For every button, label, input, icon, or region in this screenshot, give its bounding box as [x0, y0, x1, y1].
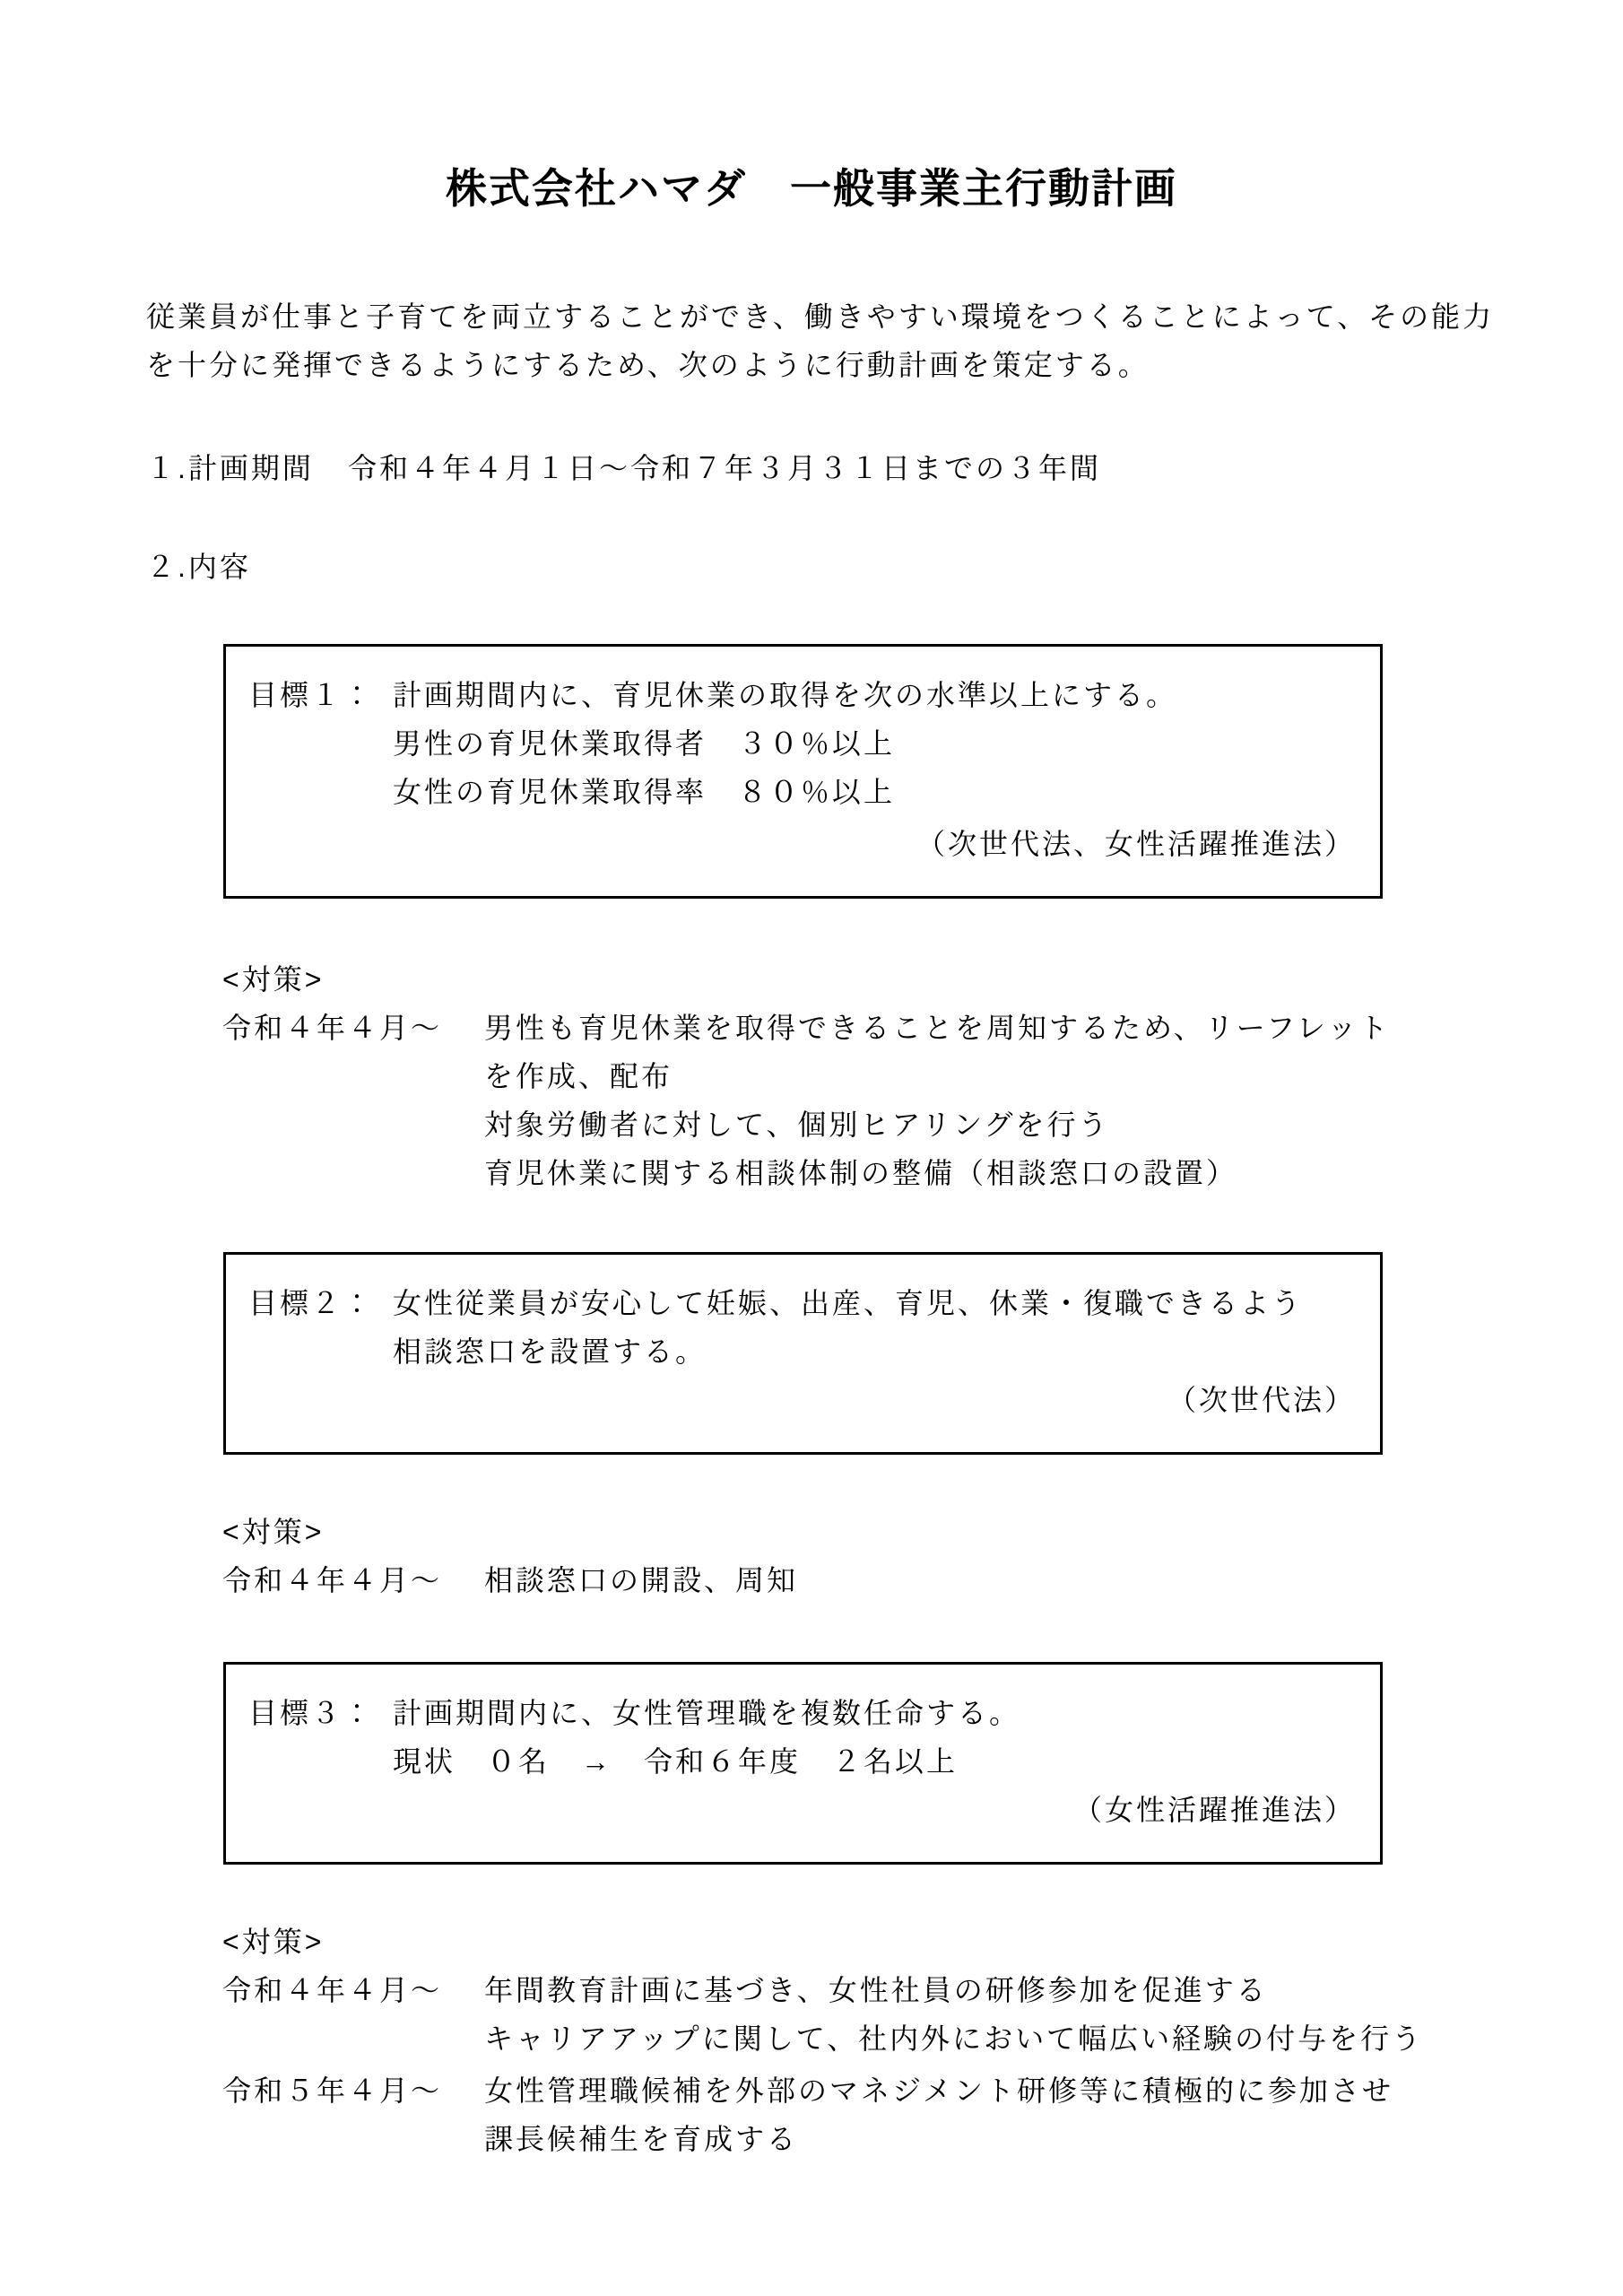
goal2-lines: 女性従業員が安心して妊娠、出産、育児、休業・復職できるよう 相談窓口を設置する。 — [393, 1279, 1356, 1376]
section-plan-period: １.計画期間 令和４年４月１日～令和７年３月３１日までの３年間 — [146, 444, 1101, 492]
measures1-line: 育児休業に関する相談体制の整備（相談窓口の設置） — [484, 1149, 1496, 1197]
measures3-entry2-lines: 女性管理職候補を外部のマネジメント研修等に積極的に参加させ 課長候補生を育成する — [484, 2066, 1496, 2163]
measures3-line: 女性管理職候補を外部のマネジメント研修等に積極的に参加させ — [484, 2066, 1496, 2115]
measures1-line: 男性も育児休業を取得できることを周知するため、リーフレット — [484, 1004, 1496, 1052]
goal2-law-note: （次世代法） — [248, 1376, 1356, 1424]
section-content: ２.内容 — [146, 543, 348, 591]
measures2-line: 相談窓口の開設、周知 — [484, 1556, 1496, 1605]
measures1-lines: 男性も育児休業を取得できることを周知するため、リーフレット を作成、配布 対象労… — [484, 1004, 1496, 1197]
goal3-lines: 計画期間内に、女性管理職を複数任命する。 現状 ０名 → 令和６年度 ２名以上 — [393, 1689, 1356, 1786]
goal1-line: 女性の育児休業取得率 ８０％以上 — [393, 768, 1356, 820]
goal1-law-note: （次世代法、女性活躍推進法） — [248, 820, 1356, 868]
measures1-header: <対策> — [222, 955, 1496, 1004]
document-title: 株式会社ハマダ 一般事業主行動計画 — [0, 163, 1623, 213]
goal1-line: 男性の育児休業取得者 ３０％以上 — [393, 719, 1356, 768]
goal1-label: 目標１： — [248, 671, 393, 820]
measures3-block: <対策> 令和４年４月～ 年間教育計画に基づき、女性社員の研修参加を促進する キ… — [222, 1918, 1496, 2163]
goal3-line: 計画期間内に、女性管理職を複数任命する。 — [393, 1689, 1356, 1737]
section-content-label: ２.内容 — [146, 543, 348, 591]
section-plan-period-label: １.計画期間 — [146, 444, 348, 492]
measures3-line: 課長候補生を育成する — [484, 2115, 1496, 2163]
goal2-line: 相談窓口を設置する。 — [393, 1327, 1356, 1376]
goal3-label: 目標３： — [248, 1689, 393, 1786]
intro-line: 従業員が仕事と子育てを両立することができ、働きやすい環境をつくることによって、そ… — [146, 292, 1581, 341]
measures3-header: <対策> — [222, 1918, 1496, 1966]
measures2-lines: 相談窓口の開設、周知 — [484, 1556, 1496, 1605]
measures3-entry2-date: 令和５年４月～ — [222, 2066, 484, 2163]
goal3-law-note: （女性活躍推進法） — [248, 1786, 1356, 1834]
section-plan-period-value: 令和４年４月１日～令和７年３月３１日までの３年間 — [348, 444, 1101, 492]
goal1-lines: 計画期間内に、育児休業の取得を次の水準以上にする。 男性の育児休業取得者 ３０％… — [393, 671, 1356, 820]
intro-paragraph: 従業員が仕事と子育てを両立することができ、働きやすい環境をつくることによって、そ… — [146, 292, 1581, 389]
measures1-block: <対策> 令和４年４月～ 男性も育児休業を取得できることを周知するため、リーフレ… — [222, 955, 1496, 1197]
goal2-box: 目標２： 女性従業員が安心して妊娠、出産、育児、休業・復職できるよう 相談窓口を… — [223, 1252, 1383, 1455]
measures2-header: <対策> — [222, 1508, 1496, 1556]
measures3-line: 年間教育計画に基づき、女性社員の研修参加を促進する — [484, 1966, 1496, 2014]
goal2-line: 女性従業員が安心して妊娠、出産、育児、休業・復職できるよう — [393, 1279, 1356, 1327]
measures1-line: を作成、配布 — [484, 1052, 1496, 1100]
goal3-box: 目標３： 計画期間内に、女性管理職を複数任命する。 現状 ０名 → 令和６年度 … — [223, 1662, 1383, 1865]
document-page: 株式会社ハマダ 一般事業主行動計画 従業員が仕事と子育てを両立することができ、働… — [0, 0, 1623, 2296]
goal1-box: 目標１： 計画期間内に、育児休業の取得を次の水準以上にする。 男性の育児休業取得… — [223, 644, 1383, 899]
intro-line: を十分に発揮できるようにするため、次のように行動計画を策定する。 — [146, 341, 1581, 389]
measures3-line: キャリアアップに関して、社内外において幅広い経験の付与を行う — [484, 2014, 1496, 2063]
measures1-date: 令和４年４月～ — [222, 1004, 484, 1197]
goal2-label: 目標２： — [248, 1279, 393, 1376]
goal3-line: 現状 ０名 → 令和６年度 ２名以上 — [393, 1737, 1356, 1786]
measures2-block: <対策> 令和４年４月～ 相談窓口の開設、周知 — [222, 1508, 1496, 1605]
measures3-entry1-lines: 年間教育計画に基づき、女性社員の研修参加を促進する キャリアアップに関して、社内… — [484, 1966, 1496, 2063]
goal1-line: 計画期間内に、育児休業の取得を次の水準以上にする。 — [393, 671, 1356, 719]
measures1-line: 対象労働者に対して、個別ヒアリングを行う — [484, 1100, 1496, 1149]
measures3-entry1-date: 令和４年４月～ — [222, 1966, 484, 2063]
measures2-date: 令和４年４月～ — [222, 1556, 484, 1605]
